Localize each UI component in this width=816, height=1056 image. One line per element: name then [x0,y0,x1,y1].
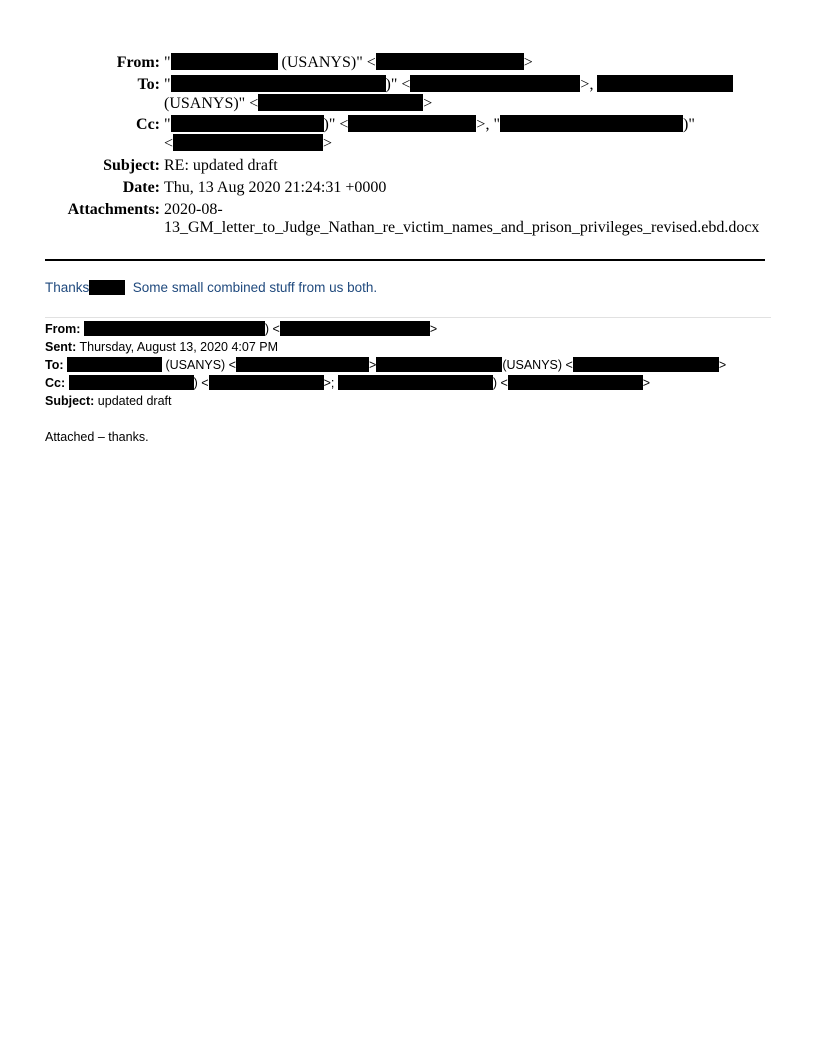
redaction [67,357,162,372]
to-value: ")" <>, [164,75,733,95]
redaction [338,375,493,390]
redaction [84,321,265,336]
header-divider [45,259,765,261]
cc-value-line2: <> [164,134,332,154]
quoted-from: From: ) <> [45,320,437,338]
subject-value: RE: updated draft [164,156,278,176]
cc-label: Cc: [136,115,160,135]
redaction [376,53,524,70]
attachments-label: Attachments: [68,200,160,220]
redaction [69,375,194,390]
quoted-body: Attached – thanks. [45,428,149,446]
redaction [171,53,278,70]
date-label: Date: [123,178,160,198]
redaction [258,94,423,111]
date-value: Thu, 13 Aug 2020 21:24:31 +0000 [164,178,386,198]
to-value-line2: (USANYS)" <> [164,94,432,114]
reply-message: Thanks Some small combined stuff from us… [45,279,377,297]
quoted-cc: Cc: ) <>; ) <> [45,374,650,392]
redaction [410,75,580,92]
redaction [280,321,430,336]
redaction [173,134,323,151]
from-label: From: [117,53,160,73]
quoted-sent: Sent: Thursday, August 13, 2020 4:07 PM [45,338,278,356]
cc-value: ")" <>, ")" [164,115,695,135]
email-header: From: " (USANYS)" <> To: ")" <>, (USANYS… [0,0,816,240]
redaction [508,375,643,390]
quoted-subject: Subject: updated draft [45,392,171,410]
to-label: To: [137,75,160,95]
redaction [89,280,125,295]
redaction [597,75,733,92]
attachment-name-line2: 13_GM_letter_to_Judge_Nathan_re_victim_n… [164,218,759,238]
attachment-name-line1: 2020-08- [164,200,223,220]
redaction [348,115,476,132]
from-value: " (USANYS)" <> [164,53,533,73]
quoted-divider [45,317,771,318]
redaction [171,75,386,92]
redaction [171,115,324,132]
redaction [573,357,719,372]
redaction [209,375,324,390]
redaction [376,357,502,372]
subject-label: Subject: [103,156,160,176]
redaction [236,357,369,372]
quoted-to: To: (USANYS) <>(USANYS) <> [45,356,726,374]
redaction [500,115,683,132]
